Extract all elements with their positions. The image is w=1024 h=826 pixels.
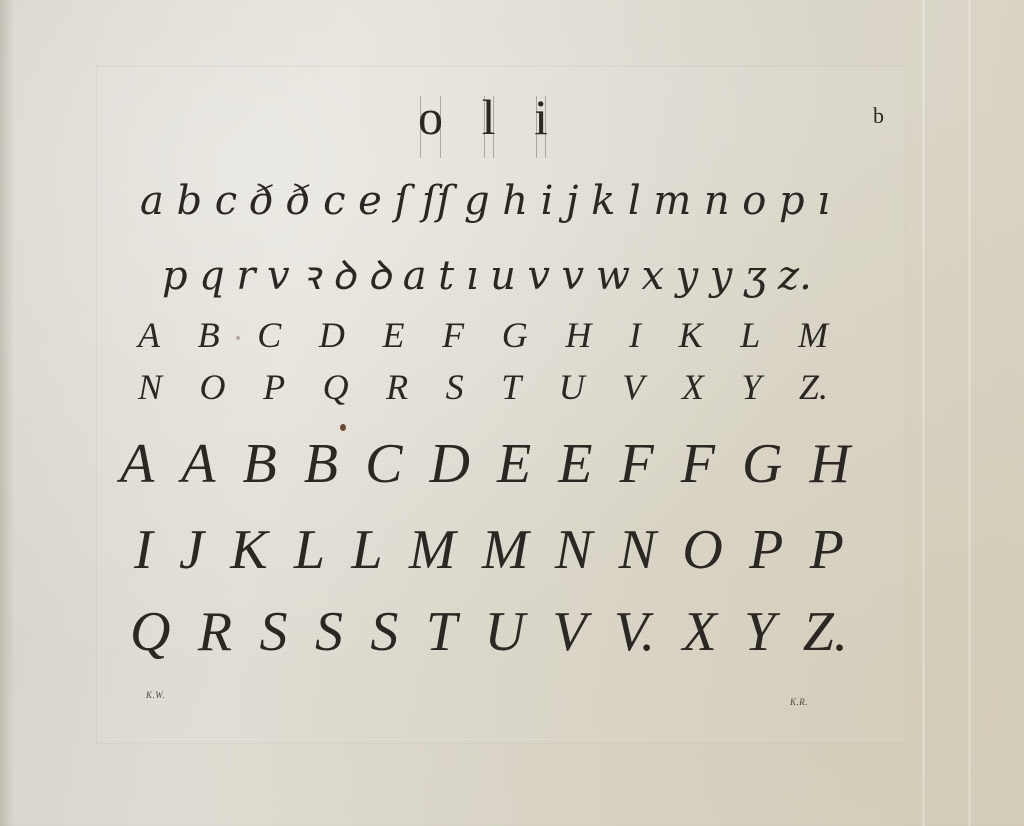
glyph: Y: [741, 366, 761, 408]
glyph: E: [383, 314, 405, 356]
glyph: F: [442, 314, 464, 356]
glyph: p: [779, 178, 805, 224]
glyph: n: [704, 178, 730, 224]
glyph: S: [315, 600, 343, 664]
glyph: x: [641, 253, 664, 299]
paper-crease: [968, 0, 971, 826]
glyph: ꝛ: [301, 246, 320, 301]
glyph: ſſ: [422, 178, 452, 224]
glyph: T: [501, 366, 521, 408]
glyph: q: [199, 253, 225, 299]
glyph: r: [236, 253, 255, 299]
glyph: V.: [614, 600, 655, 664]
glyph: I: [134, 518, 153, 582]
plate-mark: b: [873, 103, 884, 129]
glyph: y: [710, 253, 733, 299]
glyph: c: [215, 178, 237, 224]
lowercase-row-2: pqrvꝛꝺꝺatıuvvwxyyʒz.: [162, 246, 812, 301]
glyph: O: [682, 518, 722, 582]
engraver-signature-right: K.R.: [790, 697, 808, 707]
glyph: K: [230, 518, 267, 582]
glyph: U: [559, 366, 585, 408]
scanned-calligraphy-plate: b o l i abcððceſſſghijklmnopı pqrvꝛꝺꝺatı…: [0, 0, 1024, 826]
lowercase-row-1: abcððceſſſghijklmnopı: [140, 178, 830, 224]
glyph: y: [676, 253, 699, 299]
paper-crease: [922, 0, 925, 826]
glyph: ꝺ: [367, 246, 391, 301]
glyph: G: [742, 432, 782, 496]
glyph: V: [552, 600, 586, 664]
glyph: N: [138, 366, 162, 408]
glyph: N: [619, 518, 656, 582]
glyph: e: [358, 178, 382, 224]
glyph: R: [386, 366, 408, 408]
glyph: C: [257, 314, 281, 356]
glyph: A: [181, 432, 215, 496]
glyph: i: [541, 178, 554, 224]
glyph: g: [464, 178, 490, 224]
glyph: O: [200, 366, 226, 408]
ink-speck: [236, 336, 240, 340]
glyph: H: [565, 314, 591, 356]
glyph: ʒ: [744, 253, 767, 299]
glyph: Z.: [803, 600, 848, 664]
glyph: ð: [286, 178, 310, 224]
heading-letters: o l i: [418, 88, 548, 146]
glyph: T: [426, 600, 457, 664]
glyph: j: [566, 178, 578, 224]
glyph: K: [679, 314, 703, 356]
glyph: U: [484, 600, 524, 664]
glyph: M: [798, 314, 828, 356]
glyph: G: [502, 314, 528, 356]
engraver-signature-left: K.W.: [146, 690, 165, 700]
glyph: S: [370, 600, 398, 664]
glyph: ꝺ: [332, 246, 356, 301]
glyph: F: [620, 432, 654, 496]
glyph: t: [438, 253, 454, 299]
capital-row-2: NOPQRSTUVXYZ.: [138, 366, 828, 408]
glyph: h: [502, 178, 528, 224]
glyph: A: [138, 314, 160, 356]
capital-row-1: ABCDEFGHIKLM: [138, 314, 828, 356]
glyph: S: [446, 366, 464, 408]
glyph: Z.: [799, 366, 828, 408]
glyph: N: [555, 518, 592, 582]
glyph: D: [319, 314, 345, 356]
glyph: M: [482, 518, 529, 582]
glyph: l: [628, 178, 641, 224]
glyph: A: [120, 432, 154, 496]
script-capital-row-3: QRSSSTUVV.XYZ.: [130, 600, 848, 664]
glyph: J: [179, 518, 204, 582]
glyph: ſ: [394, 178, 409, 224]
glyph: L: [294, 518, 325, 582]
glyph: Y: [744, 600, 775, 664]
paper-left-edge: [0, 0, 14, 826]
glyph: Q: [130, 600, 170, 664]
glyph: w: [596, 253, 630, 299]
heading-letter: i: [534, 88, 548, 146]
glyph: p: [162, 253, 188, 299]
glyph: P: [749, 518, 783, 582]
glyph: o: [742, 178, 766, 224]
glyph: v: [562, 253, 585, 299]
script-capital-row-1: AABBCDEEFFGH: [120, 432, 850, 496]
glyph: M: [409, 518, 456, 582]
glyph: E: [558, 432, 592, 496]
glyph: v: [267, 253, 290, 299]
glyph: D: [429, 432, 469, 496]
glyph: a: [403, 253, 427, 299]
glyph: ı: [466, 253, 479, 299]
script-capital-row-2: IJKLLMMNNOPP: [134, 518, 844, 582]
glyph: X: [682, 600, 716, 664]
glyph: B: [304, 432, 338, 496]
glyph: L: [351, 518, 382, 582]
glyph: C: [365, 432, 402, 496]
glyph: I: [629, 314, 641, 356]
glyph: R: [198, 600, 232, 664]
glyph: B: [198, 314, 220, 356]
glyph: P: [263, 366, 285, 408]
glyph: V: [622, 366, 644, 408]
glyph: a: [140, 178, 164, 224]
heading-letter: l: [482, 88, 496, 146]
glyph: z.: [778, 253, 812, 299]
glyph: v: [527, 253, 550, 299]
glyph: E: [497, 432, 531, 496]
glyph: F: [681, 432, 715, 496]
glyph: H: [810, 432, 850, 496]
glyph: P: [810, 518, 844, 582]
glyph: S: [260, 600, 288, 664]
glyph: u: [490, 253, 516, 299]
glyph: ı: [817, 178, 830, 224]
glyph: B: [243, 432, 277, 496]
glyph: X: [682, 366, 704, 408]
glyph: L: [740, 314, 760, 356]
glyph: Q: [323, 366, 349, 408]
glyph: m: [653, 178, 691, 224]
ink-speck: [340, 424, 346, 431]
glyph: ð: [250, 178, 274, 224]
heading-letter: o: [418, 88, 443, 146]
glyph: c: [323, 178, 345, 224]
glyph: b: [176, 178, 202, 224]
glyph: k: [591, 178, 615, 224]
